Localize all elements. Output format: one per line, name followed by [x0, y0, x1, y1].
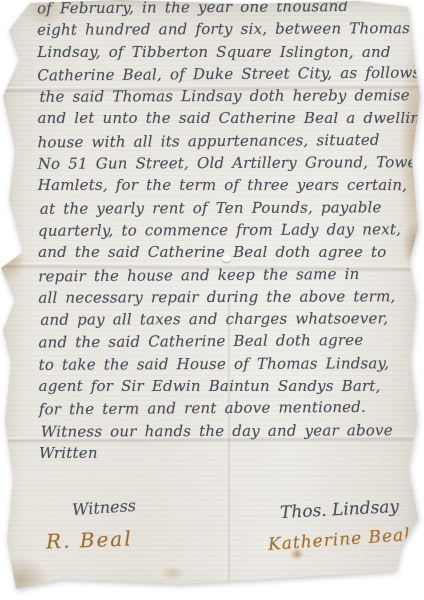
text-line-13: repair the house and keep the same in [38, 262, 414, 287]
text-line-7: house with all its appurtenances, situat… [38, 128, 414, 153]
text-line-19: for the term and rent above mentioned. [39, 396, 415, 421]
text-line-10: at the yearly rent of Ten Pounds, payabl… [40, 196, 416, 220]
text-line-21: Written [39, 442, 415, 464]
text-line-8: No 51 Gun Street, Old Artillery Ground, … [38, 151, 414, 175]
text-line-17: to take the said House of Thomas Lindsay… [39, 352, 415, 376]
text-line-15: and pay all taxes and charges whatsoever… [40, 307, 416, 331]
stain-bottom-faint [160, 566, 186, 580]
text-line-14: all necessary repair during the above te… [38, 285, 414, 309]
text-line-12: and the said Catherine Beal doth agree t… [38, 241, 414, 263]
text-line-11: quarterly, to commence from Lady day nex… [38, 218, 414, 242]
text-line-20: Witness our hands the day and year above [41, 419, 417, 443]
text-line-6: and let unto the said Catherine Beal a d… [38, 107, 414, 129]
text-line-5: the said Thomas Lindsay doth hereby demi… [39, 84, 415, 108]
text-line-3: Lindsay, of Tibberton Square Islington, … [37, 41, 413, 63]
text-line-1: of February, in the year one thousand [37, 0, 413, 20]
paper-wrapper: of February, in the year one thousand ei… [0, 0, 424, 600]
document-paper: of February, in the year one thousand ei… [0, 0, 424, 600]
text-line-16: and the said Catherine Beal doth agree [38, 329, 414, 354]
text-line-18: agent for Sir Edwin Baintun Sandys Bart, [39, 375, 415, 397]
signature-witness-name: R. Beal [46, 526, 133, 553]
text-line-4: Catherine Beal, of Duke Street City, as … [37, 61, 413, 86]
document-text: of February, in the year one thousand ei… [0, 0, 424, 465]
text-line-2: eight hundred and forty six, between Tho… [37, 17, 413, 41]
text-line-9: Hamlets, for the term of three years cer… [38, 174, 414, 196]
